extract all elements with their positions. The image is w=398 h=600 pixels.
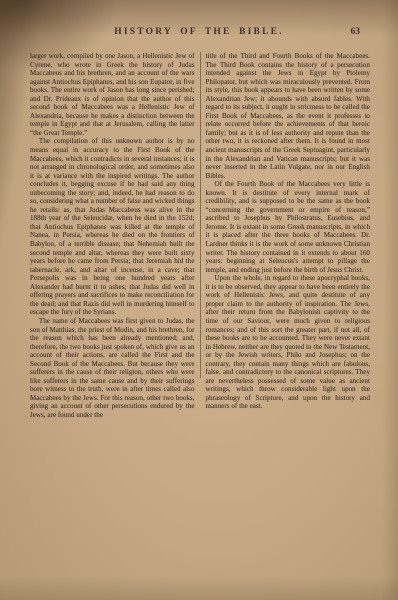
paragraph: The name of Maccabees was first given to… bbox=[30, 317, 195, 420]
left-column: larger work, compiled by one Jason, a He… bbox=[30, 52, 200, 420]
running-head-title: HISTORY OF THE BIBLE. bbox=[30, 27, 368, 37]
paragraph: Of the Fourth Book of the Maccabees very… bbox=[206, 180, 371, 274]
paragraph: title of the Third and Fourth Books of t… bbox=[206, 52, 371, 180]
page-number: 63 bbox=[351, 27, 361, 37]
paragraph: The compilation of this unknown author i… bbox=[30, 137, 195, 316]
text-columns: larger work, compiled by one Jason, a He… bbox=[30, 52, 370, 420]
book-page-scan: HISTORY OF THE BIBLE. 63 larger work, co… bbox=[0, 0, 398, 600]
paragraph: Upon the whole, in regard to these apocr… bbox=[206, 274, 371, 411]
right-column: title of the Third and Fourth Books of t… bbox=[201, 52, 371, 420]
page-header: HISTORY OF THE BIBLE. 63 bbox=[0, 0, 398, 42]
paragraph: larger work, compiled by one Jason, a He… bbox=[30, 52, 195, 137]
